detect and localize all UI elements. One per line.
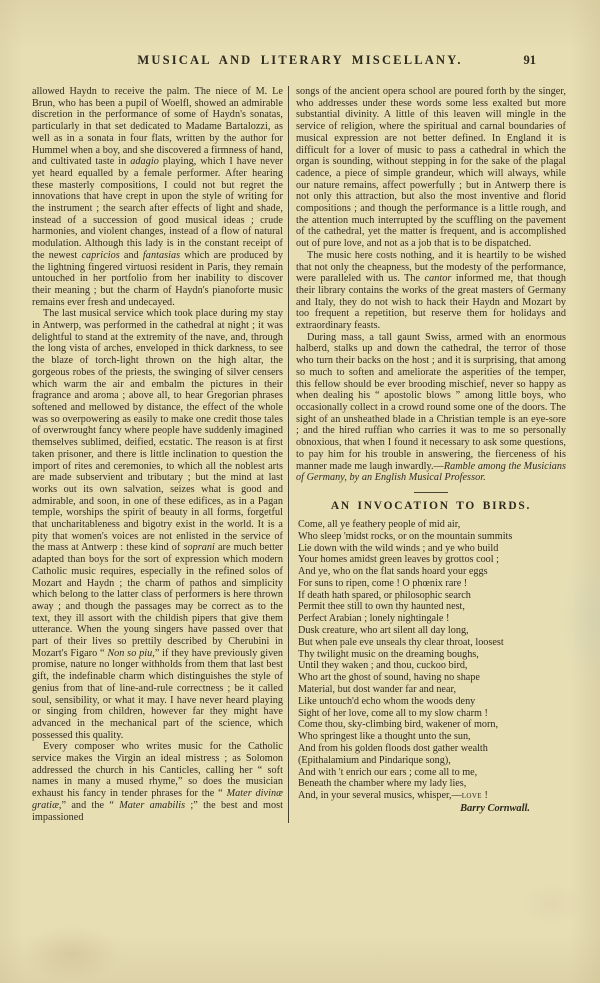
poem-line: Beneath the chamber where my lady lies, (298, 778, 566, 790)
paragraph: allowed Haydn to receive the palm. The n… (32, 86, 283, 308)
journal-title: MUSICAL AND LITERARY MISCELLANY. (0, 53, 600, 68)
poem-line: But when pale eve unseals thy clear thro… (298, 637, 566, 649)
poem-line: Perfect Arabian ; lonely nightingale ! (298, 613, 566, 625)
poem-title: AN INVOCATION TO BIRDS. (296, 500, 566, 512)
column-divider-rule (288, 86, 289, 823)
poem-line: Come, all ye feathery people of mid air, (298, 519, 566, 531)
poem-signature: Barry Cornwall. (298, 803, 566, 814)
scanned-page: MUSICAL AND LITERARY MISCELLANY. 91 allo… (0, 0, 600, 983)
poem-line: For suns to ripen, come ! O phœnix rare … (298, 578, 566, 590)
poem-line: Who art the ghost of sound, having no sh… (298, 672, 566, 684)
text-columns: allowed Haydn to receive the palm. The n… (32, 86, 566, 823)
right-column: songs of the ancient opera school are po… (296, 86, 566, 823)
paragraph: The last musical service which took plac… (32, 308, 283, 741)
poem-line: Come thou, sky-climbing bird, wakener of… (298, 719, 566, 731)
poem-line: Sight of her love, come all to my slow c… (298, 708, 566, 720)
poem-line: And with 't enrich our ears ; come all t… (298, 767, 566, 779)
paragraph: songs of the ancient opera school are po… (296, 86, 566, 250)
poem-line: Your homes amidst green leaves by grotto… (298, 554, 566, 566)
poem-line: Lie down with the wild winds ; and ye wh… (298, 543, 566, 555)
poem-line: If death hath spared, or philosophic sea… (298, 590, 566, 602)
poem-line: Material, but dost wander far and near, (298, 684, 566, 696)
paragraph: During mass, a tall gaunt Swiss, armed w… (296, 332, 566, 484)
page-header: MUSICAL AND LITERARY MISCELLANY. 91 (0, 53, 600, 69)
poem-line: Who sleep 'midst rocks, or on the mounta… (298, 531, 566, 543)
poem-line: Thy twilight music on the dreaming bough… (298, 649, 566, 661)
poem-line: Until they waken ; and thou, cuckoo bird… (298, 660, 566, 672)
paragraph: The music here costs nothing, and it is … (296, 250, 566, 332)
poem-line: Permit thee still to own thy haunted nes… (298, 601, 566, 613)
poem-line: (Epithalamium and Pindarique song), (298, 755, 566, 767)
poem-line: Like untouch'd echo whom the woods deny (298, 696, 566, 708)
section-divider-rule (414, 492, 448, 493)
poem-line: Who springest like a thought unto the su… (298, 731, 566, 743)
poem-line: Dusk creature, who art silent all day lo… (298, 625, 566, 637)
poem-line: And ye, who on the flat sands hoard your… (298, 566, 566, 578)
poem-line: And from his golden floods dost gather w… (298, 743, 566, 755)
left-column: allowed Haydn to receive the palm. The n… (32, 86, 283, 823)
poem: Come, all ye feathery people of mid air,… (298, 519, 566, 814)
page-number: 91 (524, 53, 537, 68)
paragraph: Every composer who writes music for the … (32, 741, 283, 823)
poem-line: And, in your several musics, whisper,—lo… (298, 790, 566, 802)
